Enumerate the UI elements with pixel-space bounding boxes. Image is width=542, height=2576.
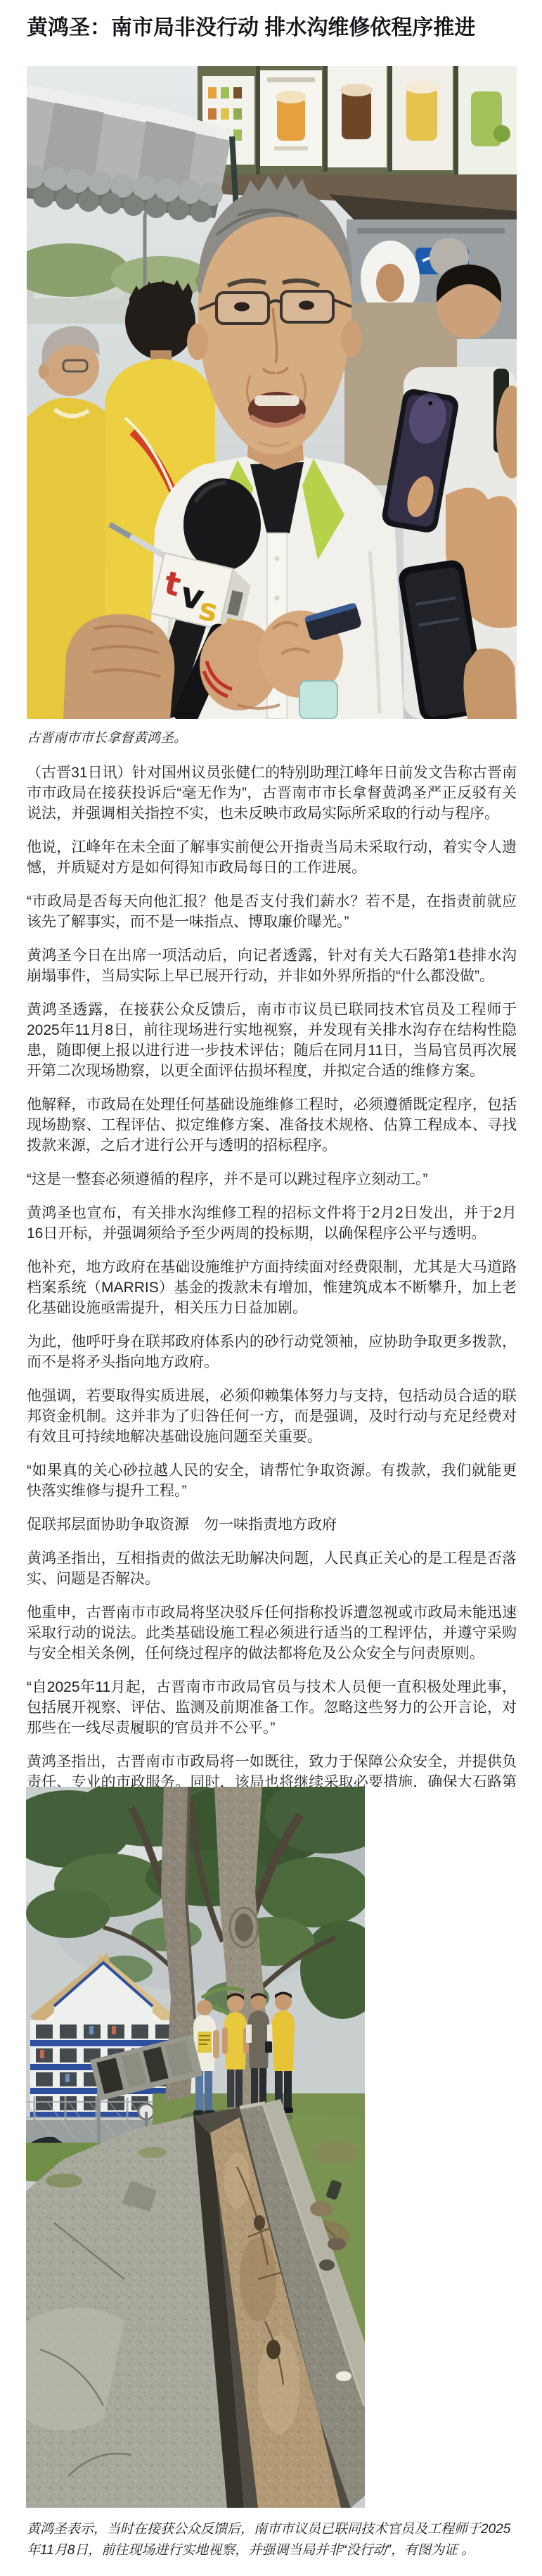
article-paragraph: “这是一整套必须遵循的程序，并不是可以跳过程序立刻动工。” (27, 1169, 517, 1190)
article-paragraph: 黄鸿圣今日在出席一项活动后，向记者透露，针对有关大石路第1巷排水沟崩塌事件，当局… (27, 945, 517, 986)
article-paragraph: “如果真的关心砂拉越人民的安全，请帮忙争取资源。有拨款，我们就能更快落实维修与提… (27, 1460, 517, 1501)
article-paragraph: 黄鸿圣透露，在接获公众反馈后，南市市议员已联同技术官员及工程师于2025年11月… (27, 1000, 517, 1081)
photo1-mayor-interview: t v s (27, 66, 517, 719)
drink-stall-signboard (198, 66, 517, 174)
article-paragraph: 他说，江峰年在未全面了解事实前便公开指责当局未采取行动，着实令人遗憾，并质疑对方… (27, 837, 517, 878)
article-paragraph: 黄鸿圣指出，古晋南市市政局将一如既往，致力于保障公众安全，并提供负责任、专业的市… (27, 1752, 517, 1787)
article-paragraph: 他强调，若要取得实质进展，必须仰赖集体努力与支持，包括动员合适的联邦资金机制。这… (27, 1386, 517, 1447)
photo2-drain-site (26, 1787, 365, 2508)
article-subheading: 促联邦层面协助争取资源 勿一味指责地方政府 (27, 1515, 517, 1535)
article-paragraph: （古晋31日讯）针对国州议员张健仁的特别助理江峰年日前发文告称古晋南市市政局在接… (27, 763, 517, 824)
photo1-illustration: t v s (27, 66, 517, 719)
article-paragraph: “市政局是否每天向他汇报？他是否支付我们薪水？若不是，在指责前就应该先了解事实，… (27, 891, 517, 932)
article-body: （古晋31日讯）针对国州议员张健仁的特别助理江峰年日前发文告称古晋南市市政局在接… (27, 747, 517, 1787)
article-paragraph: 为此，他呼吁身在联邦政府体系内的砂行动党领袖，应协助争取更多拨款，而不是将矛头指… (27, 1332, 517, 1372)
article-paragraph: “自2025年11月起，古晋南市市政局官员与技术人员便一直积极处理此事，包括展开… (27, 1677, 517, 1738)
photo1-caption: 古晋南市市长拿督黄鸿圣。 (27, 729, 517, 747)
article-paragraph: 他重申，古晋南市市政局将坚决驳斥任何指称投诉遭忽视或市政局未能迅速采取行动的说法… (27, 1602, 517, 1664)
photo2-caption: 黄鸿圣表示，当时在接获公众反馈后，南市市议员已联同技术官员及工程师于2025年1… (27, 2519, 517, 2561)
article-content: 黄鸿圣：南市局非没行动 排水沟维修依程序推进 (0, 14, 542, 2561)
article-paragraph: 黄鸿圣也宣布，有关排水沟维修工程的招标文件将于2月2日发出，并于2月16日开标，… (27, 1203, 517, 1244)
photo2-illustration (26, 1787, 365, 2508)
article-paragraph: 他解释，市政局在处理任何基础设施维修工程时，必须遵循既定程序，包括现场勘察、工程… (27, 1095, 517, 1156)
mic-foam (183, 478, 261, 571)
litter (336, 2371, 351, 2381)
article-paragraph: 他补充，地方政府在基础设施维护方面持续面对经费限制，尤其是大马道路档案系统（MA… (27, 1257, 517, 1318)
article-page: 黄鸿圣：南市局非没行动 排水沟维修依程序推进 (0, 0, 542, 2576)
mint-phone-corner (299, 681, 337, 719)
article-paragraph: 黄鸿圣指出，互相指责的做法无助解决问题，人民真正关心的是工程是否落实、问题是否解… (27, 1548, 517, 1589)
article-title: 黄鸿圣：南市局非没行动 排水沟维修依程序推进 (27, 14, 517, 42)
